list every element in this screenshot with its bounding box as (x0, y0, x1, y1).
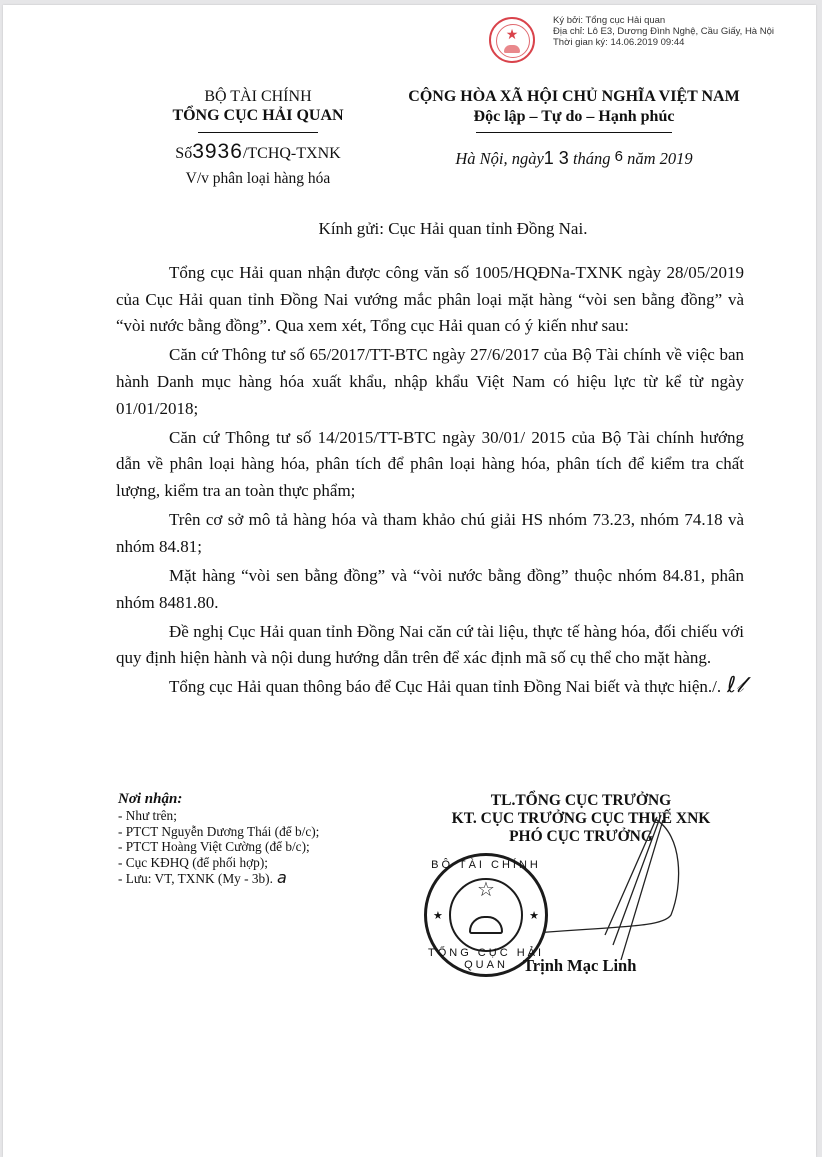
recipient-item: - Như trên; (118, 808, 408, 824)
issuer-header: BỘ TÀI CHÍNH TỔNG CỤC HẢI QUAN Số3936/TC… (133, 87, 383, 189)
handwritten-month: 6 (615, 148, 623, 165)
signed-by: Ký bởi: Tổng cục Hải quan (553, 15, 822, 26)
body-paragraph: Trên cơ sở mô tả hàng hóa và tham khảo c… (116, 507, 744, 560)
signed-time: Thời gian ký: 14.06.2019 09:44 (553, 37, 822, 48)
body-paragraph: Đề nghị Cục Hải quan tỉnh Đồng Nai căn c… (116, 619, 744, 672)
body-paragraph-closing: Tổng cục Hải quan thông báo để Cục Hải q… (116, 674, 744, 701)
ministry-name: BỘ TÀI CHÍNH (133, 87, 383, 106)
handwritten-initial: a (277, 868, 287, 887)
body-paragraph: Căn cứ Thông tư số 14/2015/TT-BTC ngày 3… (116, 425, 744, 505)
recipient-item: - Cục KĐHQ (để phối hợp); (118, 855, 408, 871)
recipient-item: - Lưu: VT, TXNK (My - 3b).a (118, 870, 408, 887)
handwritten-number: 3936 (192, 140, 243, 163)
signer-name: Trịnh Mạc Linh (523, 955, 723, 977)
handwritten-initial: ℓ𝓁 (727, 673, 743, 698)
department-name: TỔNG CỤC HẢI QUAN (133, 106, 383, 126)
date-line: Hà Nội, ngày1 3 tháng 6 năm 2019 (385, 147, 763, 171)
recipients-list: Nơi nhận: - Như trên; - PTCT Nguyễn Dươn… (118, 790, 408, 887)
body-paragraph: Mặt hàng “vòi sen bằng đồng” và “vòi nướ… (116, 563, 744, 616)
star-icon: ★ (433, 911, 443, 922)
country-name: CỘNG HÒA XÃ HỘI CHỦ NGHĨA VIỆT NAM (385, 87, 763, 106)
star-icon: ★ (529, 911, 539, 922)
recipient-item: - PTCT Hoàng Việt Cường (để b/c); (118, 839, 408, 855)
document-subject: V/v phân loại hàng hóa (133, 169, 383, 189)
recipient-item: - PTCT Nguyễn Dương Thái (để b/c); (118, 824, 408, 840)
letter-body: Tổng cục Hải quan nhận được công văn số … (116, 260, 744, 704)
recipient-line: Kính gửi: Cục Hải quan tỉnh Đồng Nai. (133, 218, 773, 240)
stamp-top-text: BỘ TÀI CHÍNH (427, 859, 545, 871)
divider (198, 132, 318, 133)
document-number: Số3936/TCHQ-TXNK (133, 141, 383, 165)
body-paragraph: Tổng cục Hải quan nhận được công văn số … (116, 260, 744, 340)
signer-address: Địa chỉ: Lô E3, Dương Đình Nghệ, Cầu Giấ… (553, 26, 822, 37)
document-page: ★ Ký bởi: Tổng cục Hải quan Địa chỉ: Lô … (3, 5, 816, 1157)
star-icon: ☆ (427, 880, 545, 900)
handwritten-signature (543, 795, 683, 1015)
national-header: CỘNG HÒA XÃ HỘI CHỦ NGHĨA VIỆT NAM Độc l… (385, 87, 763, 171)
divider (476, 132, 672, 133)
star-icon: ★ (491, 29, 533, 43)
body-paragraph: Căn cứ Thông tư số 65/2017/TT-BTC ngày 2… (116, 342, 744, 422)
handwritten-day: 1 3 (544, 148, 569, 168)
red-emblem-seal-icon: ★ (489, 17, 535, 63)
national-motto: Độc lập – Tự do – Hạnh phúc (385, 106, 763, 128)
recipients-title: Nơi nhận: (118, 790, 408, 808)
